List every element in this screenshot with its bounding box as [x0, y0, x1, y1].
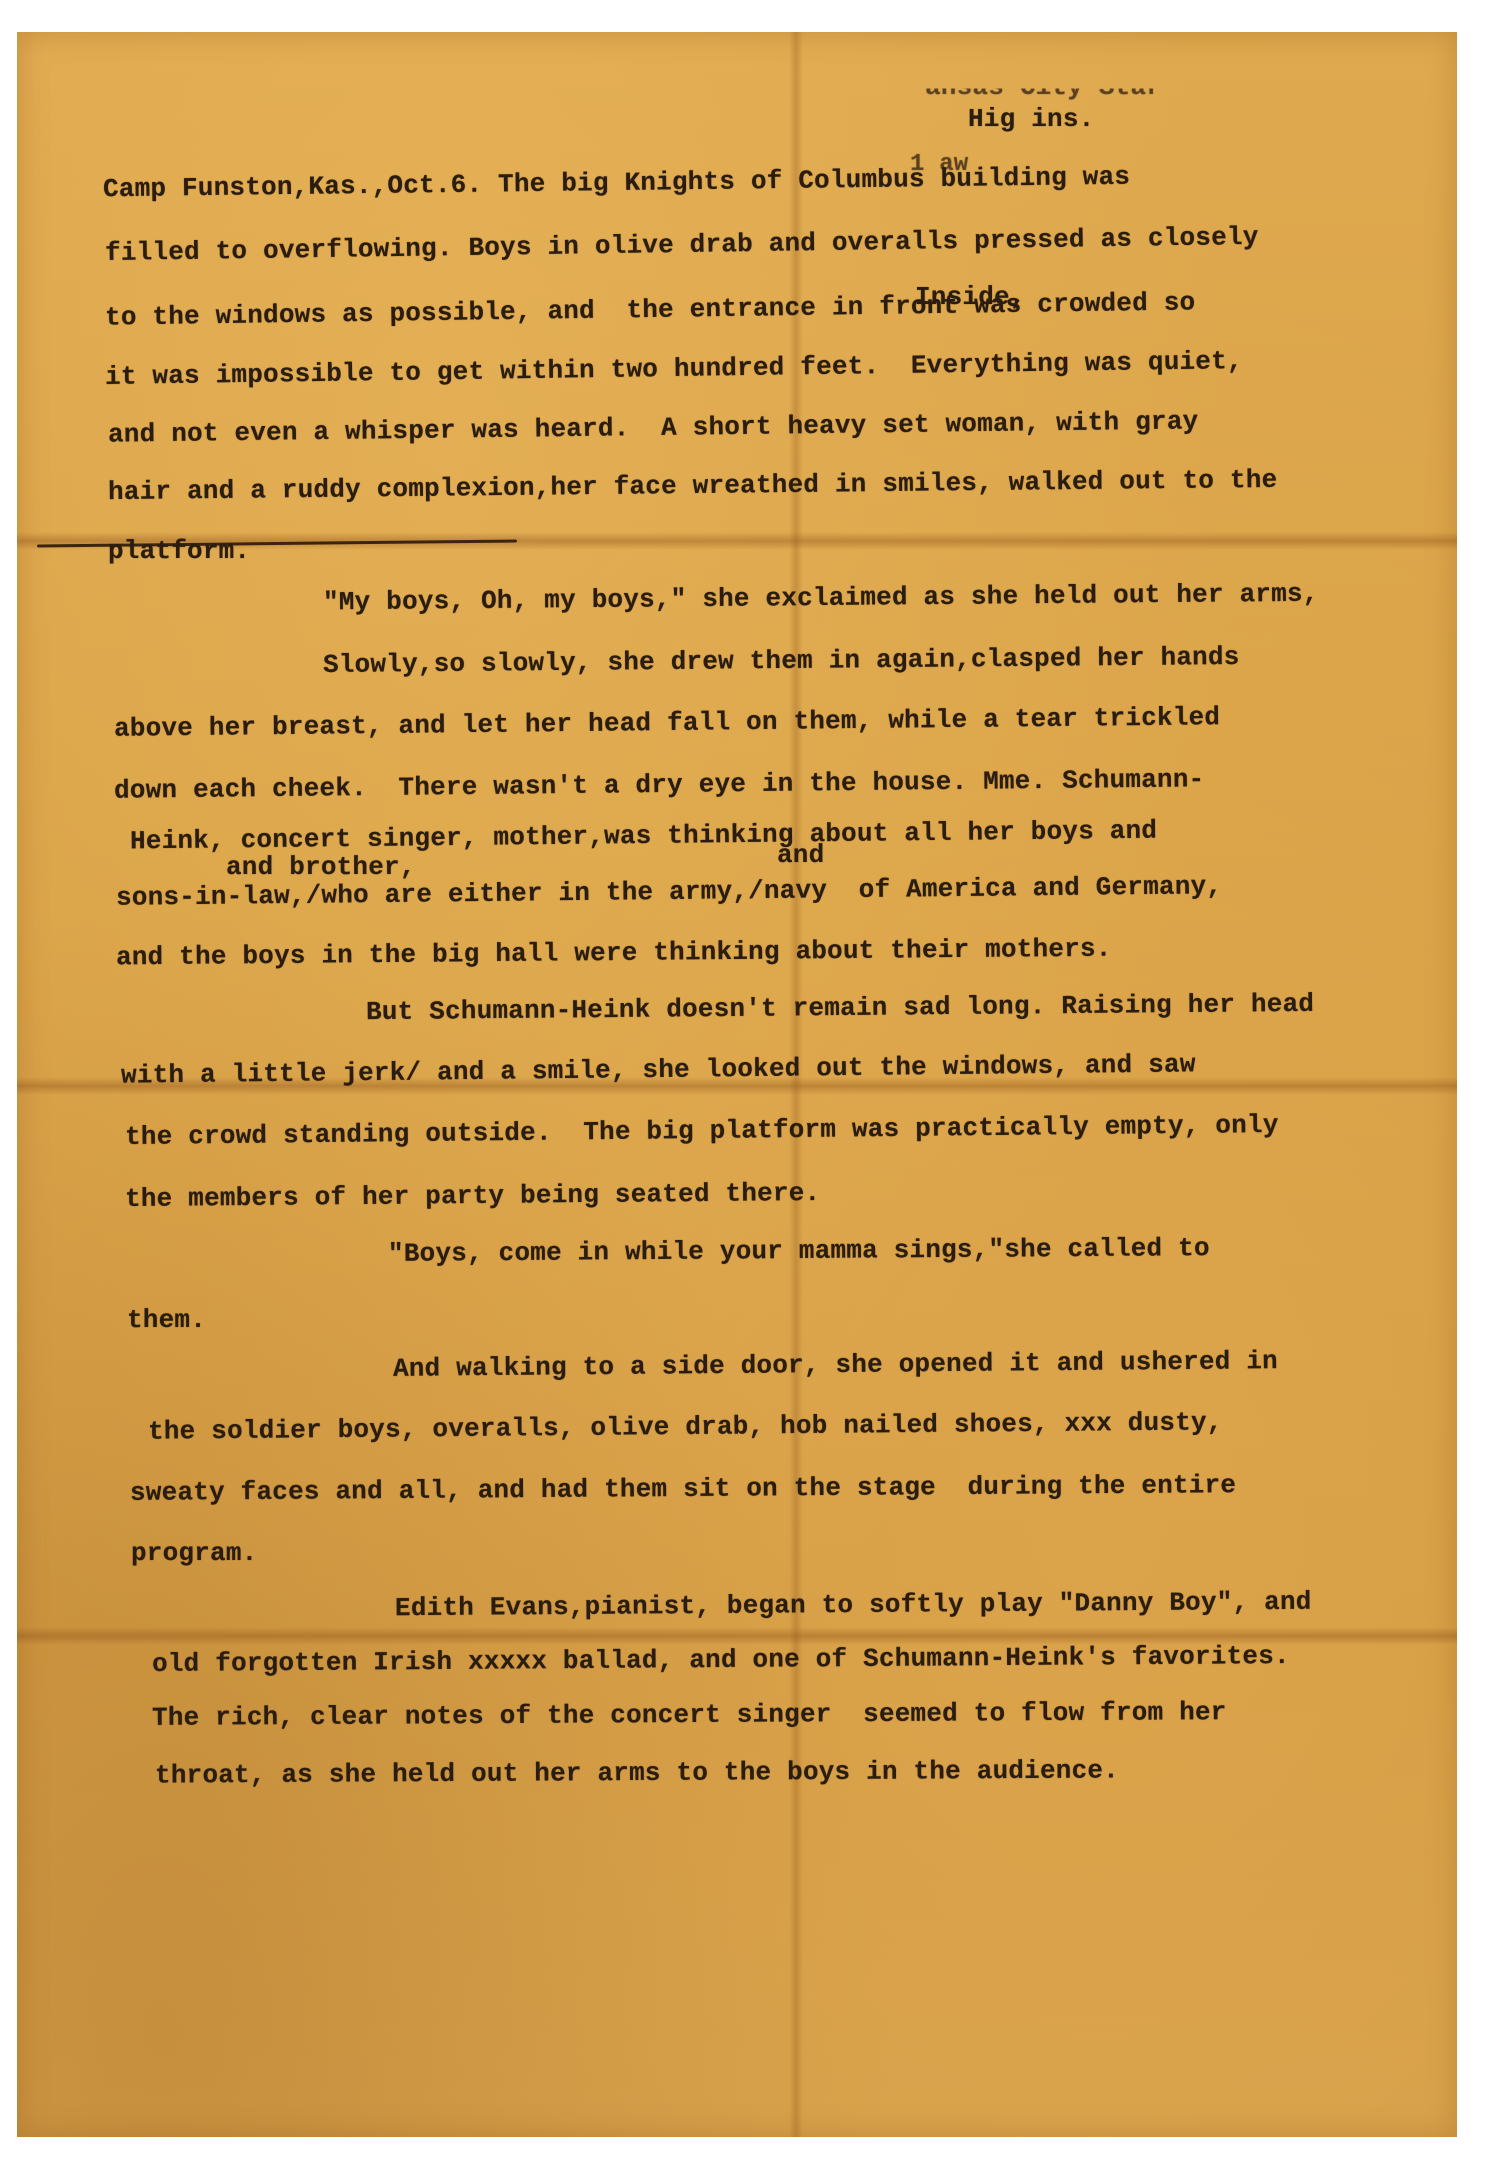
- text-line: Edith Evans,pianist, began to softly pla…: [395, 1587, 1312, 1623]
- inserted-word: and: [777, 840, 824, 870]
- text-line: them.: [127, 1305, 206, 1335]
- byline-author: Hig ins.: [968, 104, 1094, 134]
- text-line: platform.: [108, 536, 250, 566]
- text-line: throat, as she held out her arms to the …: [155, 1755, 1119, 1790]
- text-line: "Boys, come in while your mamma sings,"s…: [388, 1233, 1210, 1269]
- text-line: the members of her party being seated th…: [125, 1178, 821, 1214]
- text-line: The rich, clear notes of the concert sin…: [152, 1697, 1227, 1733]
- inserted-word: Inside,: [915, 282, 1026, 312]
- inserted-phrase: and brother,: [226, 852, 416, 882]
- text-line: program.: [131, 1538, 257, 1568]
